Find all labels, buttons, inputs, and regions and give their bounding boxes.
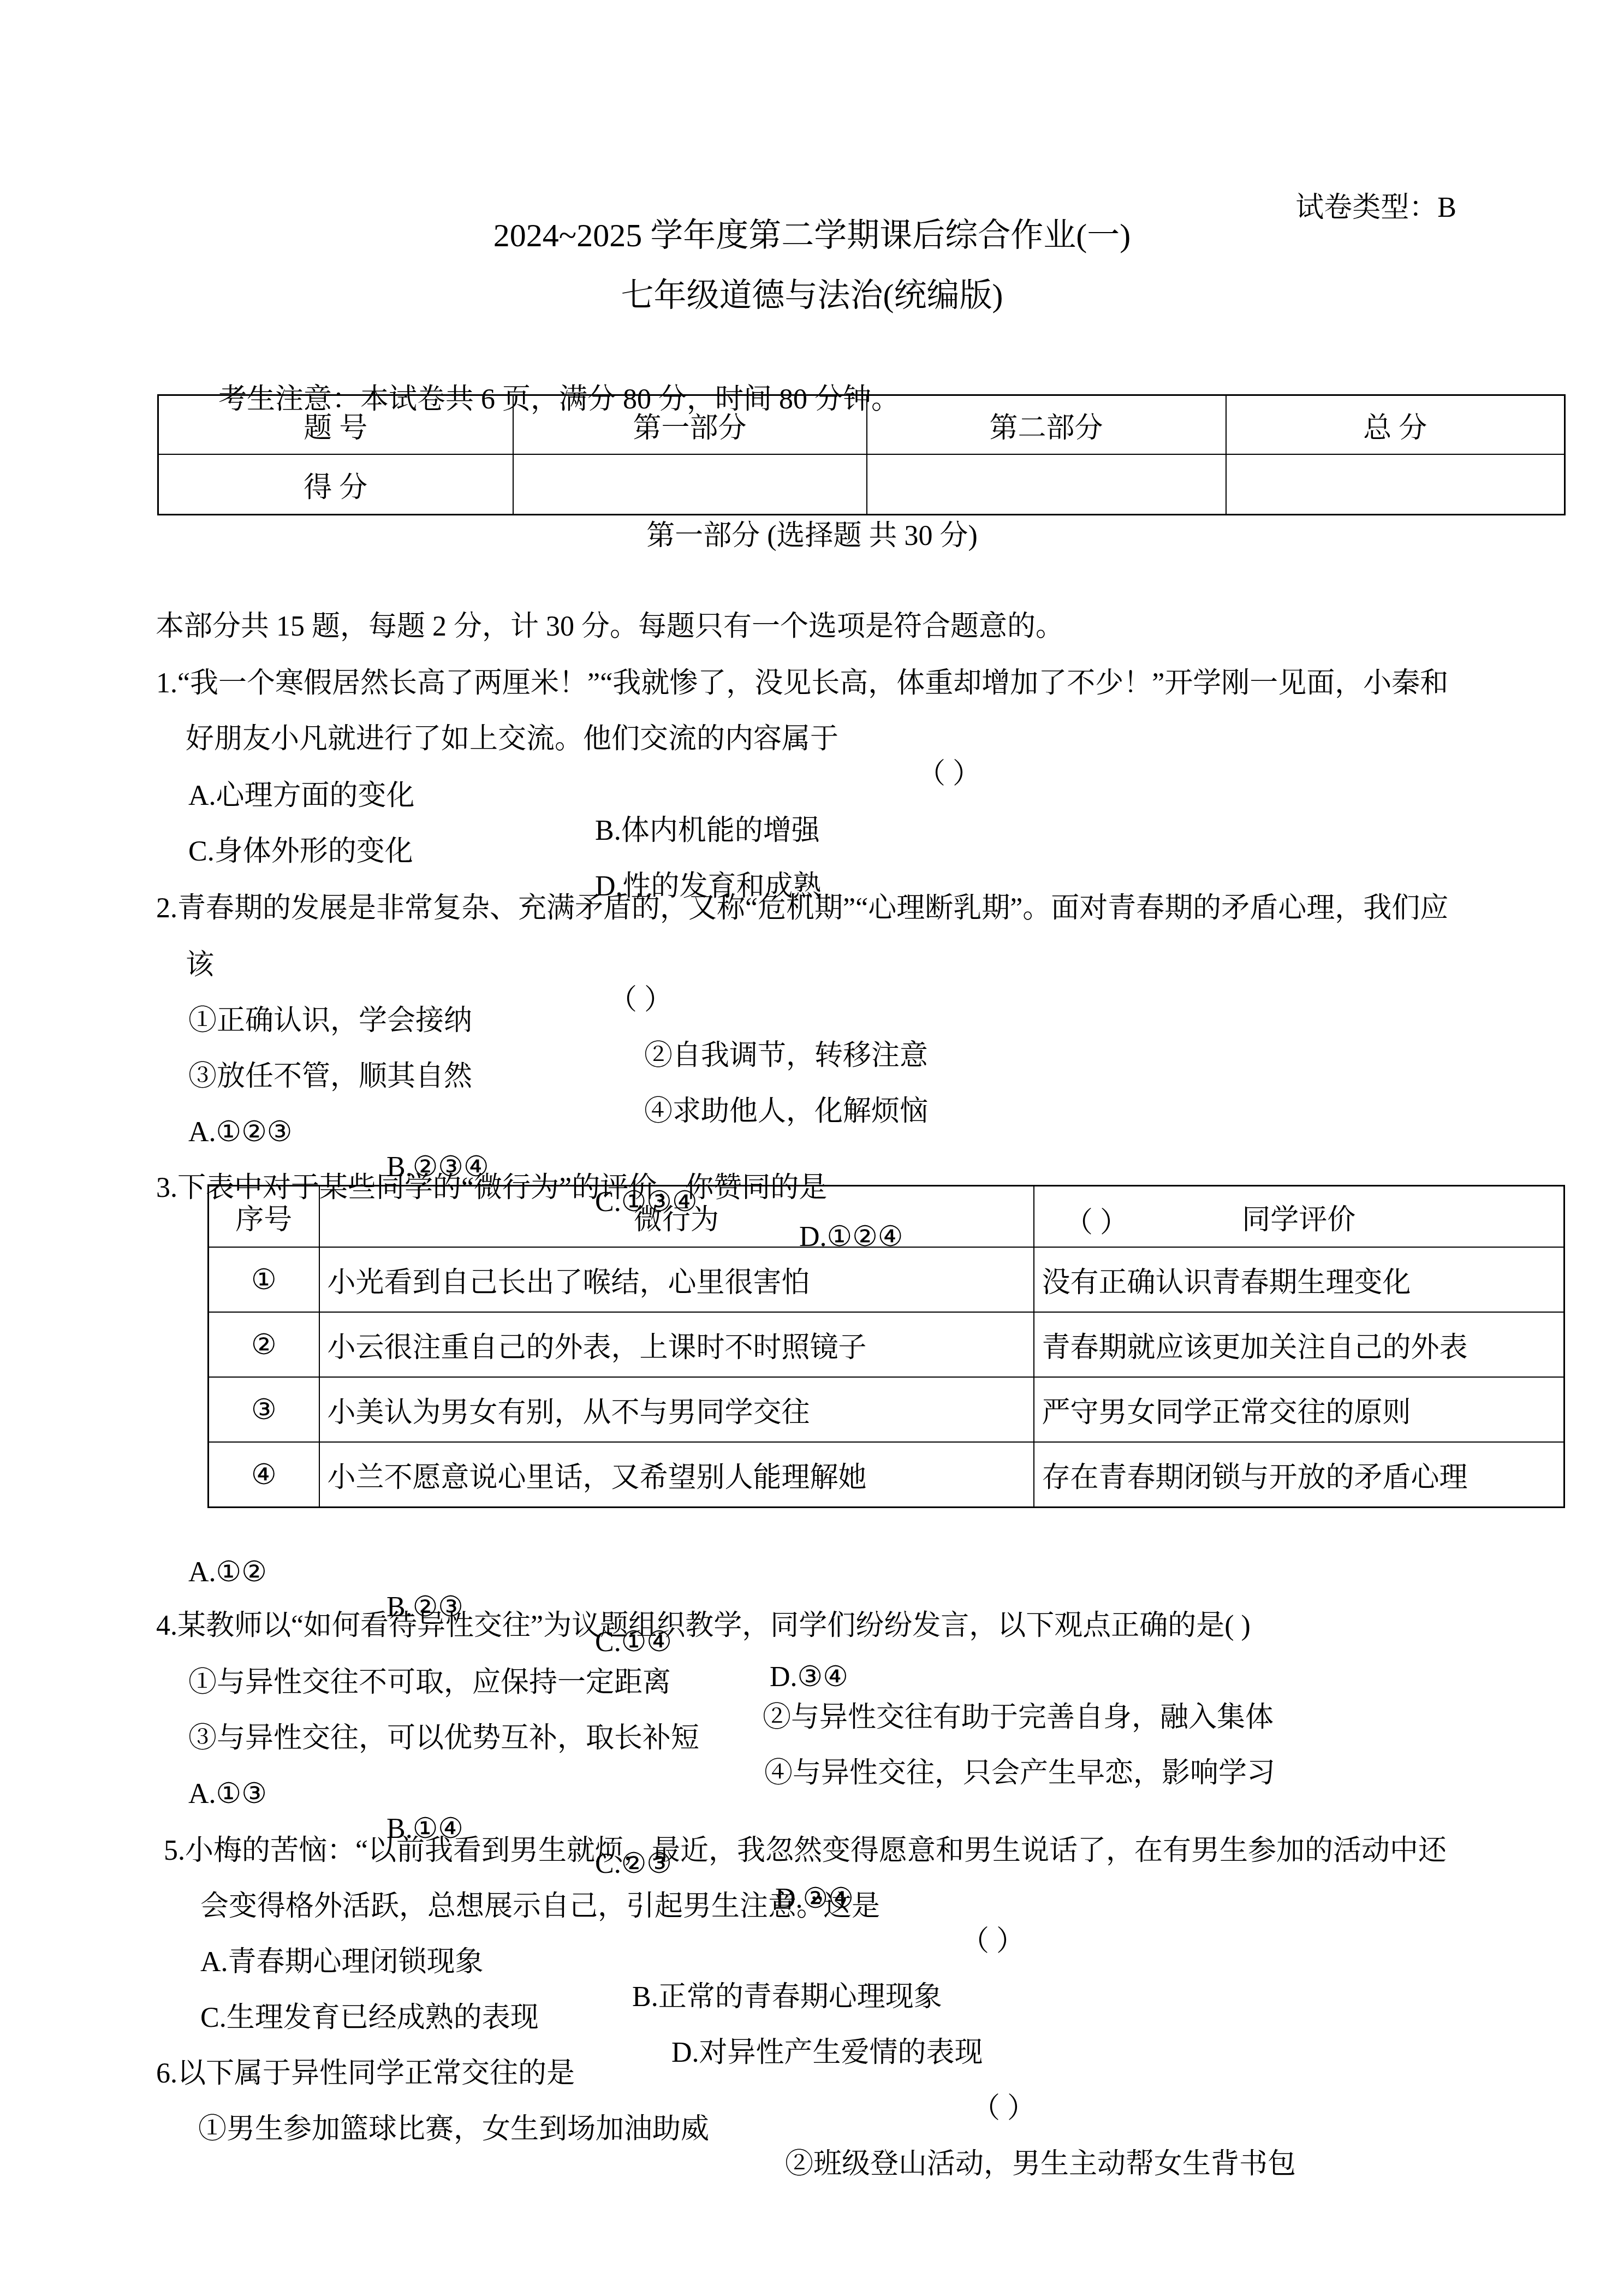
exam-document: 试卷类型：B 2024~2025 学年度第二学期课后综合作业(一) 七年级道德与… (0, 0, 1624, 2296)
behavior-header-behavior: 微行为 (319, 1186, 1034, 1248)
score-header-part2: 第二部分 (867, 395, 1226, 455)
behavior-table-row-4: ④ 小兰不愿意说心里话，又希望别人能理解她 存在青春期闭锁与开放的矛盾心理 (209, 1442, 1564, 1508)
exam-subtitle: 七年级道德与法治(统编版) (0, 275, 1624, 316)
row2-number: ② (209, 1312, 319, 1377)
row1-number: ① (209, 1247, 319, 1312)
question-1-options-cd: C.身体外形的变化 D.性的发育和成熟 (0, 799, 1624, 834)
row4-behavior: 小兰不愿意说心里话，又希望别人能理解她 (319, 1442, 1034, 1508)
behavior-table-row-3: ③ 小美认为男女有别，从不与男同学交往 严守男女同学正常交往的原则 (209, 1377, 1564, 1442)
q6-item-1: ①男生参加篮球比赛，女生到场加油助威 (198, 2112, 709, 2147)
question-6-items: ①男生参加篮球比赛，女生到场加油助威 ②班级登山活动，男生主动帮女生背书包 (0, 2077, 1624, 2112)
score-table: 题 号 第一部分 第二部分 总 分 得 分 (157, 394, 1566, 515)
paper-type-line: 试卷类型：B (0, 156, 1624, 191)
question-4-stem: 4.某教师以“如何看待异性交往”为议题组织教学，同学们纷纷发言，以下观点正确的是… (0, 1574, 1624, 1609)
question-3-stem: 3.下表中对于某些同学的“微行为”的评价，你赞同的是 （ ） (0, 1136, 1624, 1171)
row3-behavior: 小美认为男女有别，从不与男同学交往 (319, 1377, 1034, 1442)
score-cell-part2 (867, 454, 1226, 515)
question-5-options-cd: C.生理发育已经成熟的表现 D.对异性产生爱情的表现 (0, 1966, 1624, 2001)
row3-evaluation: 严守男女同学正常交往的原则 (1034, 1377, 1564, 1442)
question-1-line-2: 好朋友小凡就进行了如上交流。他们交流的内容属于 （ ） (0, 687, 1624, 722)
section1-intro-line: 本部分共 15 题，每题 2 分，计 30 分。每题只有一个选项是符合题意的。 (0, 574, 1624, 609)
row3-number: ③ (209, 1377, 319, 1442)
score-cell-total (1226, 454, 1565, 515)
question-1-options-ab: A.心理方面的变化 B.体内机能的增强 (0, 744, 1624, 779)
row2-behavior: 小云很注重自己的外表，上课时不时照镜子 (319, 1312, 1034, 1377)
question-2-items-12: ①正确认识，学会接纳 ②自我调节，转移注意 (0, 969, 1624, 1004)
score-header-total: 总 分 (1226, 395, 1565, 455)
behavior-header-number: 序号 (209, 1186, 319, 1248)
question-5-options-ab: A.青春期心理闭锁现象 B.正常的青春期心理现象 (0, 1910, 1624, 1945)
row1-behavior: 小光看到自己长出了喉结，心里很害怕 (319, 1247, 1034, 1312)
question-1-line-1: 1.“我一个寒假居然长高了两厘米！”“我就惨了，没见长高，体重却增加了不少！”开… (0, 631, 1624, 666)
question-2-items-34: ③放任不管，顺其自然 ④求助他人，化解烦恼 (0, 1024, 1624, 1059)
question-2-answers: A.①②③ B.②③④ C.①③④ D.①②④ (0, 1080, 1624, 1115)
question-2-line-1: 2.青春期的发展是非常复杂、充满矛盾的，又称“危机期”“心理断乳期”。面对青春期… (0, 856, 1624, 891)
score-header-question-number: 题 号 (158, 395, 513, 455)
question-5-line-2: 会变得格外活跃，总想展示自己，引起男生注意。”这是 （ ） (0, 1854, 1624, 1889)
behavior-table-header-row: 序号 微行为 同学评价 (209, 1186, 1564, 1248)
question-4-answers: A.①③ B.①④ C.②③ D.②④ (0, 1742, 1624, 1777)
candidate-notice-line: 考生注意：本试卷共 6 页，满分 80 分，时间 80 分钟。 (0, 347, 1624, 382)
row4-evaluation: 存在青春期闭锁与开放的矛盾心理 (1034, 1442, 1564, 1508)
score-table-score-row: 得 分 (158, 454, 1565, 515)
score-header-part1: 第一部分 (513, 395, 867, 455)
score-cell-part1 (513, 454, 867, 515)
question-3-answers: A.①② B.②③ C.①④ D.③④ (0, 1520, 1624, 1555)
exam-title: 2024~2025 学年度第二学期课后综合作业(一) (0, 215, 1624, 256)
row4-number: ④ (209, 1442, 319, 1508)
question-2-line-2: 该 （ ） (0, 913, 1624, 948)
behavior-header-evaluation: 同学评价 (1034, 1186, 1564, 1248)
q6-item-2: ②班级登山活动，男生主动帮女生背书包 (785, 2147, 1296, 2182)
behavior-table: 序号 微行为 同学评价 ① 小光看到自己长出了喉结，心里很害怕 没有正确认识青春… (207, 1185, 1565, 1508)
question-6-stem: 6.以下属于异性同学正常交往的是 （ ） (0, 2021, 1624, 2056)
question-4-items-12: ①与异性交往不可取，应保持一定距离 ②与异性交往有助于完善自身，融入集体 (0, 1630, 1624, 1665)
row2-evaluation: 青春期就应该更加关注自己的外表 (1034, 1312, 1564, 1377)
question-4-items-34: ③与异性交往，可以优势互补，取长补短 ④与异性交往，只会产生早恋，影响学习 (0, 1686, 1624, 1721)
score-table-header-row: 题 号 第一部分 第二部分 总 分 (158, 395, 1565, 455)
section1-heading: 第一部分 (选择题 共 30 分) (0, 519, 1624, 554)
question-5-line-1: 5.小梅的苦恼：“以前我看到男生就烦，最近，我忽然变得愿意和男生说话了，在有男生… (0, 1799, 1624, 1834)
behavior-table-row-1: ① 小光看到自己长出了喉结，心里很害怕 没有正确认识青春期生理变化 (209, 1247, 1564, 1312)
score-row-label: 得 分 (158, 454, 513, 515)
row1-evaluation: 没有正确认识青春期生理变化 (1034, 1247, 1564, 1312)
behavior-table-row-2: ② 小云很注重自己的外表，上课时不时照镜子 青春期就应该更加关注自己的外表 (209, 1312, 1564, 1377)
